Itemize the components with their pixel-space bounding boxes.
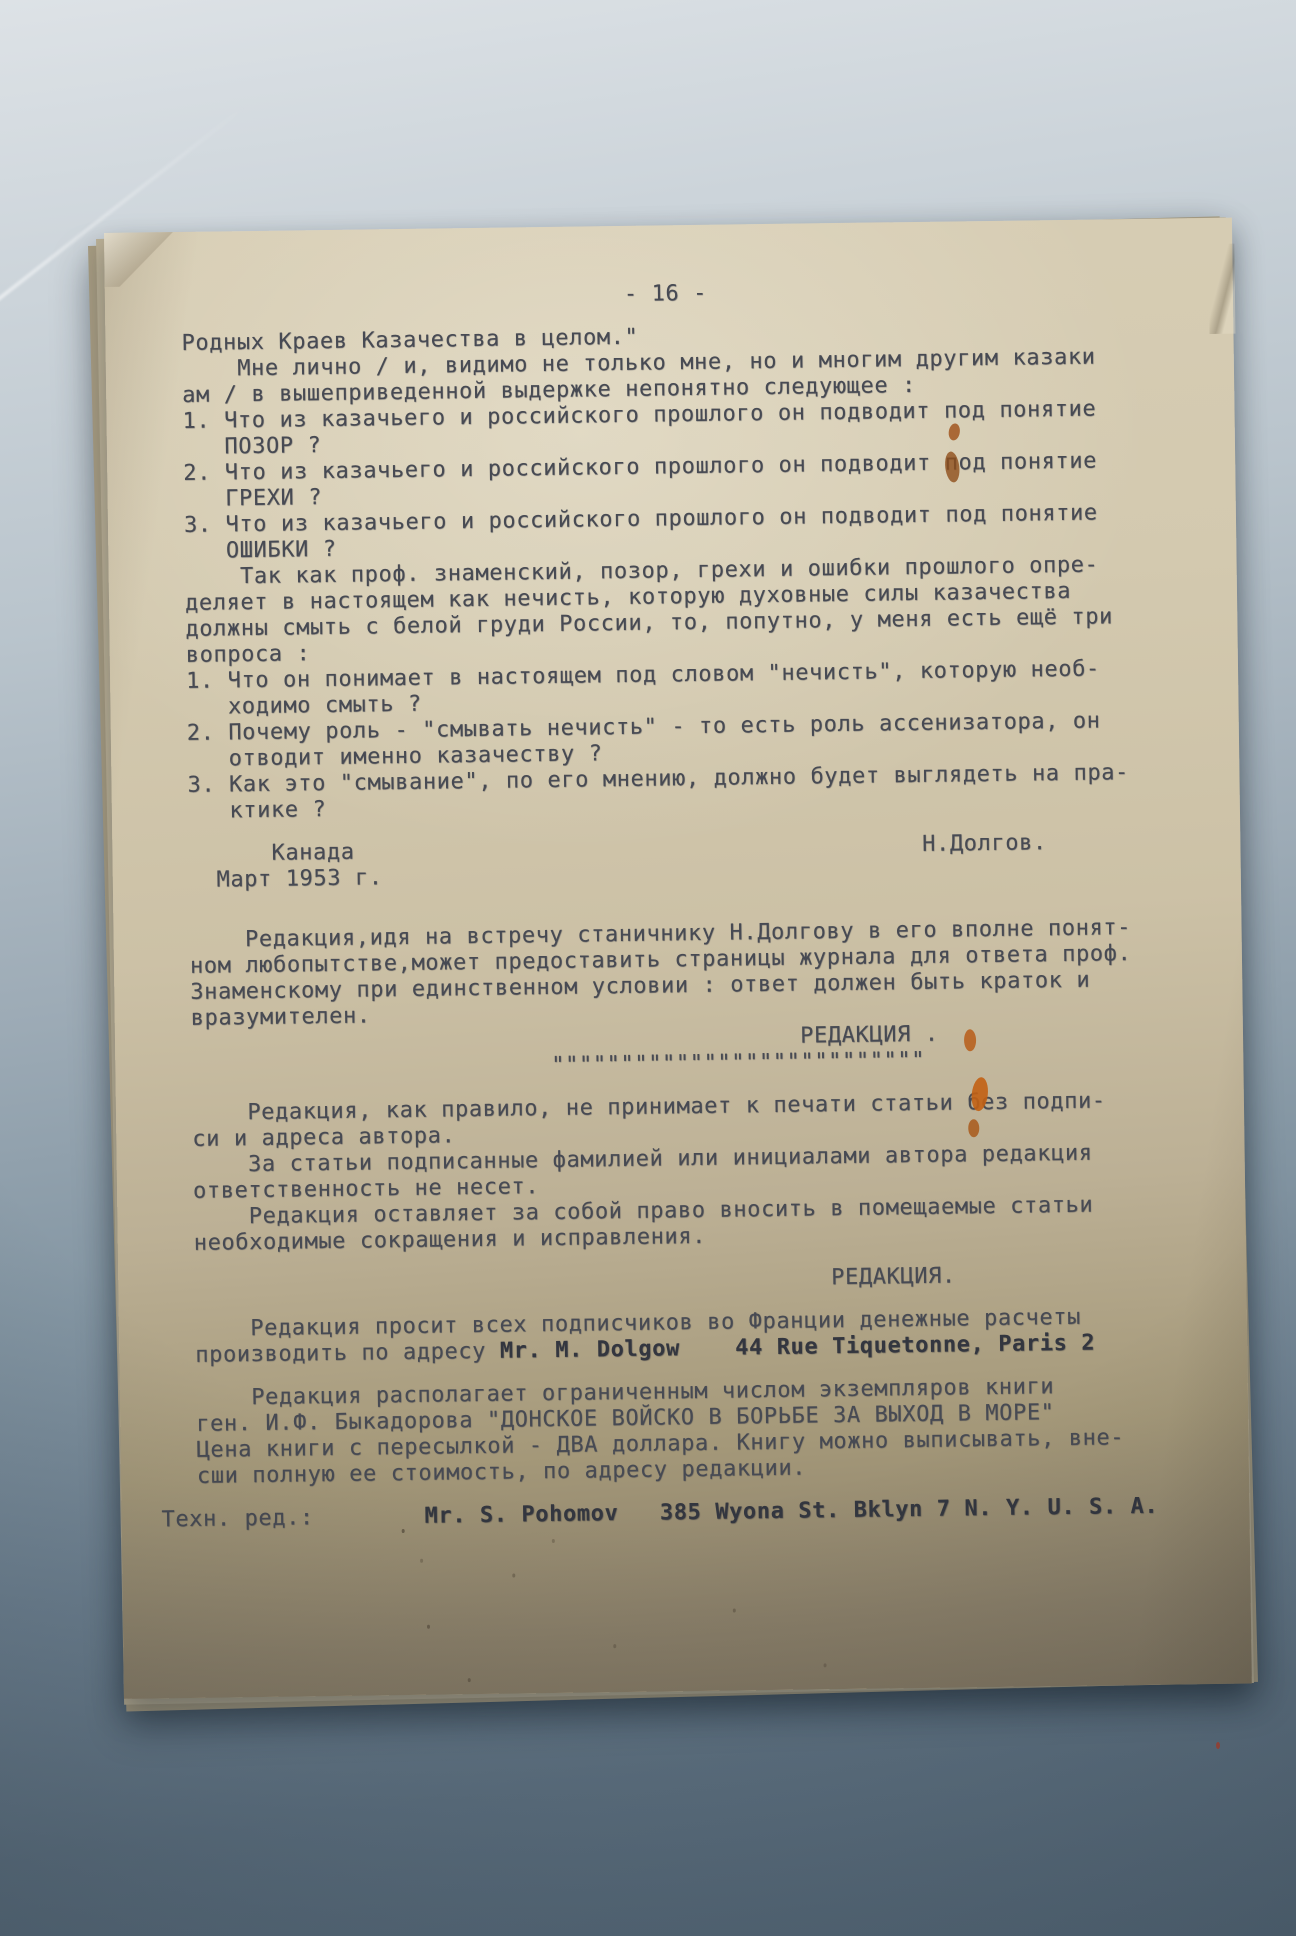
typed-text: - 16 -Родных Краев Казачества в целом." …	[181, 274, 1208, 1533]
typewritten-page: - 16 -Родных Краев Казачества в целом." …	[104, 218, 1252, 1699]
paper-edge-tear	[1208, 244, 1235, 334]
rust-stain	[968, 1119, 979, 1137]
dust-specks	[402, 1529, 405, 1533]
rust-stain	[964, 1029, 976, 1051]
red-speck	[1216, 1742, 1220, 1749]
paper-corner-crease	[104, 232, 175, 287]
